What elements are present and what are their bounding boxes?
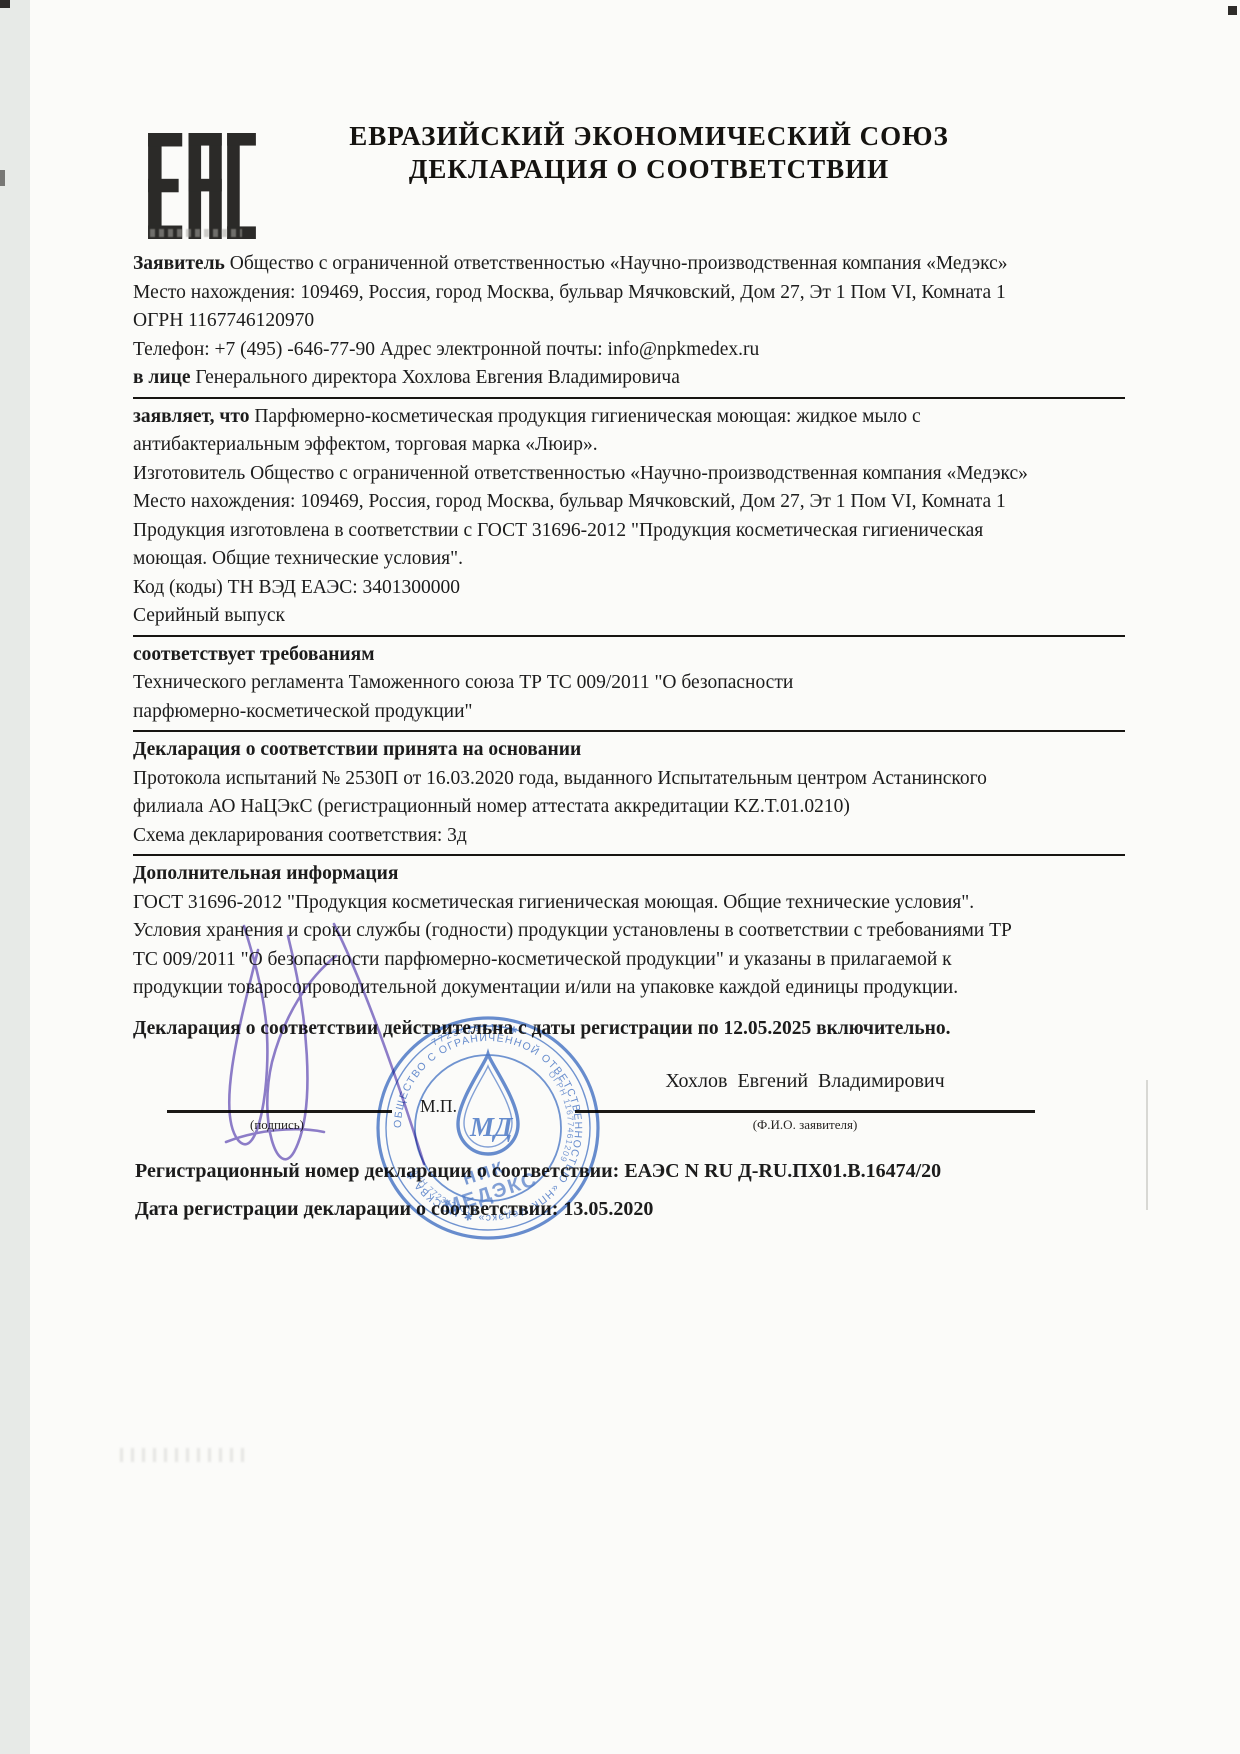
additional-heading: Дополнительная информация xyxy=(133,860,1125,889)
basis-heading: Декларация о соответствии принята на осн… xyxy=(133,736,1125,765)
manufacturer-address: Место нахождения: 109469, Россия, город … xyxy=(133,488,1125,517)
eac-mark-caption-smudge xyxy=(150,229,242,237)
scan-speck xyxy=(1228,6,1237,15)
section-divider xyxy=(133,397,1125,399)
title-union: ЕВРАЗИЙСКИЙ ЭКОНОМИЧЕСКИЙ СОЮЗ xyxy=(286,120,1012,153)
applicant-ogrn: ОГРН 1167746120970 xyxy=(133,307,1125,336)
declarant-name: Хохлов Евгений Владимирович xyxy=(575,1070,1035,1093)
applicant-contacts: Телефон: +7 (495) -646-77-90 Адрес элект… xyxy=(133,336,1125,365)
scan-noise xyxy=(1146,1080,1148,1210)
in-person-value: Генерального директора Хохлова Евгения В… xyxy=(190,367,679,388)
serial-line: Серийный выпуск xyxy=(133,602,1125,631)
name-line xyxy=(575,1110,1035,1113)
title-declaration: ДЕКЛАРАЦИЯ О СООТВЕТСТВИИ xyxy=(286,153,1012,186)
tnved-code-line: Код (коды) ТН ВЭД ЕАЭС: 3401300000 xyxy=(133,574,1125,603)
in-person-paragraph: в лице Генерального директора Хохлова Ев… xyxy=(133,364,1125,393)
declaration-document: { "header": { "eac_label": "EAC", "title… xyxy=(0,0,1240,1754)
handwritten-signature xyxy=(196,912,446,1187)
manufacturer-line: Изготовитель Общество с ограниченной отв… xyxy=(133,460,1125,489)
gost-line: Продукция изготовлена в соответствии с Г… xyxy=(133,517,1125,574)
scan-edge-strip xyxy=(0,0,30,1754)
scan-noise xyxy=(120,1448,250,1462)
scan-speck xyxy=(0,170,5,186)
basis-scheme: Схема декларирования соответствия: 3д xyxy=(133,822,1125,851)
name-caption: (Ф.И.О. заявителя) xyxy=(575,1117,1035,1133)
applicant-address: Место нахождения: 109469, Россия, город … xyxy=(133,279,1125,308)
section-divider xyxy=(133,854,1125,856)
declares-label: заявляет, что xyxy=(133,406,250,427)
eac-mark-icon xyxy=(146,133,258,244)
applicant-value: Общество с ограниченной ответственностью… xyxy=(225,253,1008,274)
in-person-label: в лице xyxy=(133,367,190,388)
scan-speck xyxy=(0,0,10,8)
declares-value: Парфюмерно-косметическая продукция гигие… xyxy=(133,406,921,456)
section-divider xyxy=(133,730,1125,732)
conformity-line1: Технического регламента Таможенного союз… xyxy=(133,669,1125,698)
basis-protocol: Протокола испытаний № 2530П от 16.03.202… xyxy=(133,765,1125,822)
conformity-heading: соответствует требованиям xyxy=(133,641,1125,670)
additional-label: Дополнительная информация xyxy=(133,863,398,884)
declares-paragraph: заявляет, что Парфюмерно-косметическая п… xyxy=(133,403,1125,460)
basis-label: Декларация о соответствии принята на осн… xyxy=(133,739,581,760)
conformity-line2: парфюмерно-косметической продукции" xyxy=(133,698,1125,727)
stamp-monogram: МД xyxy=(469,1112,514,1142)
applicant-label: Заявитель xyxy=(133,253,225,274)
section-divider xyxy=(133,635,1125,637)
document-title: ЕВРАЗИЙСКИЙ ЭКОНОМИЧЕСКИЙ СОЮЗ ДЕКЛАРАЦИ… xyxy=(286,120,1012,186)
applicant-paragraph: Заявитель Общество с ограниченной ответс… xyxy=(133,250,1125,279)
registration-date-line: Дата регистрации декларации о соответств… xyxy=(135,1198,1135,1221)
conformity-label: соответствует требованиям xyxy=(133,644,375,665)
